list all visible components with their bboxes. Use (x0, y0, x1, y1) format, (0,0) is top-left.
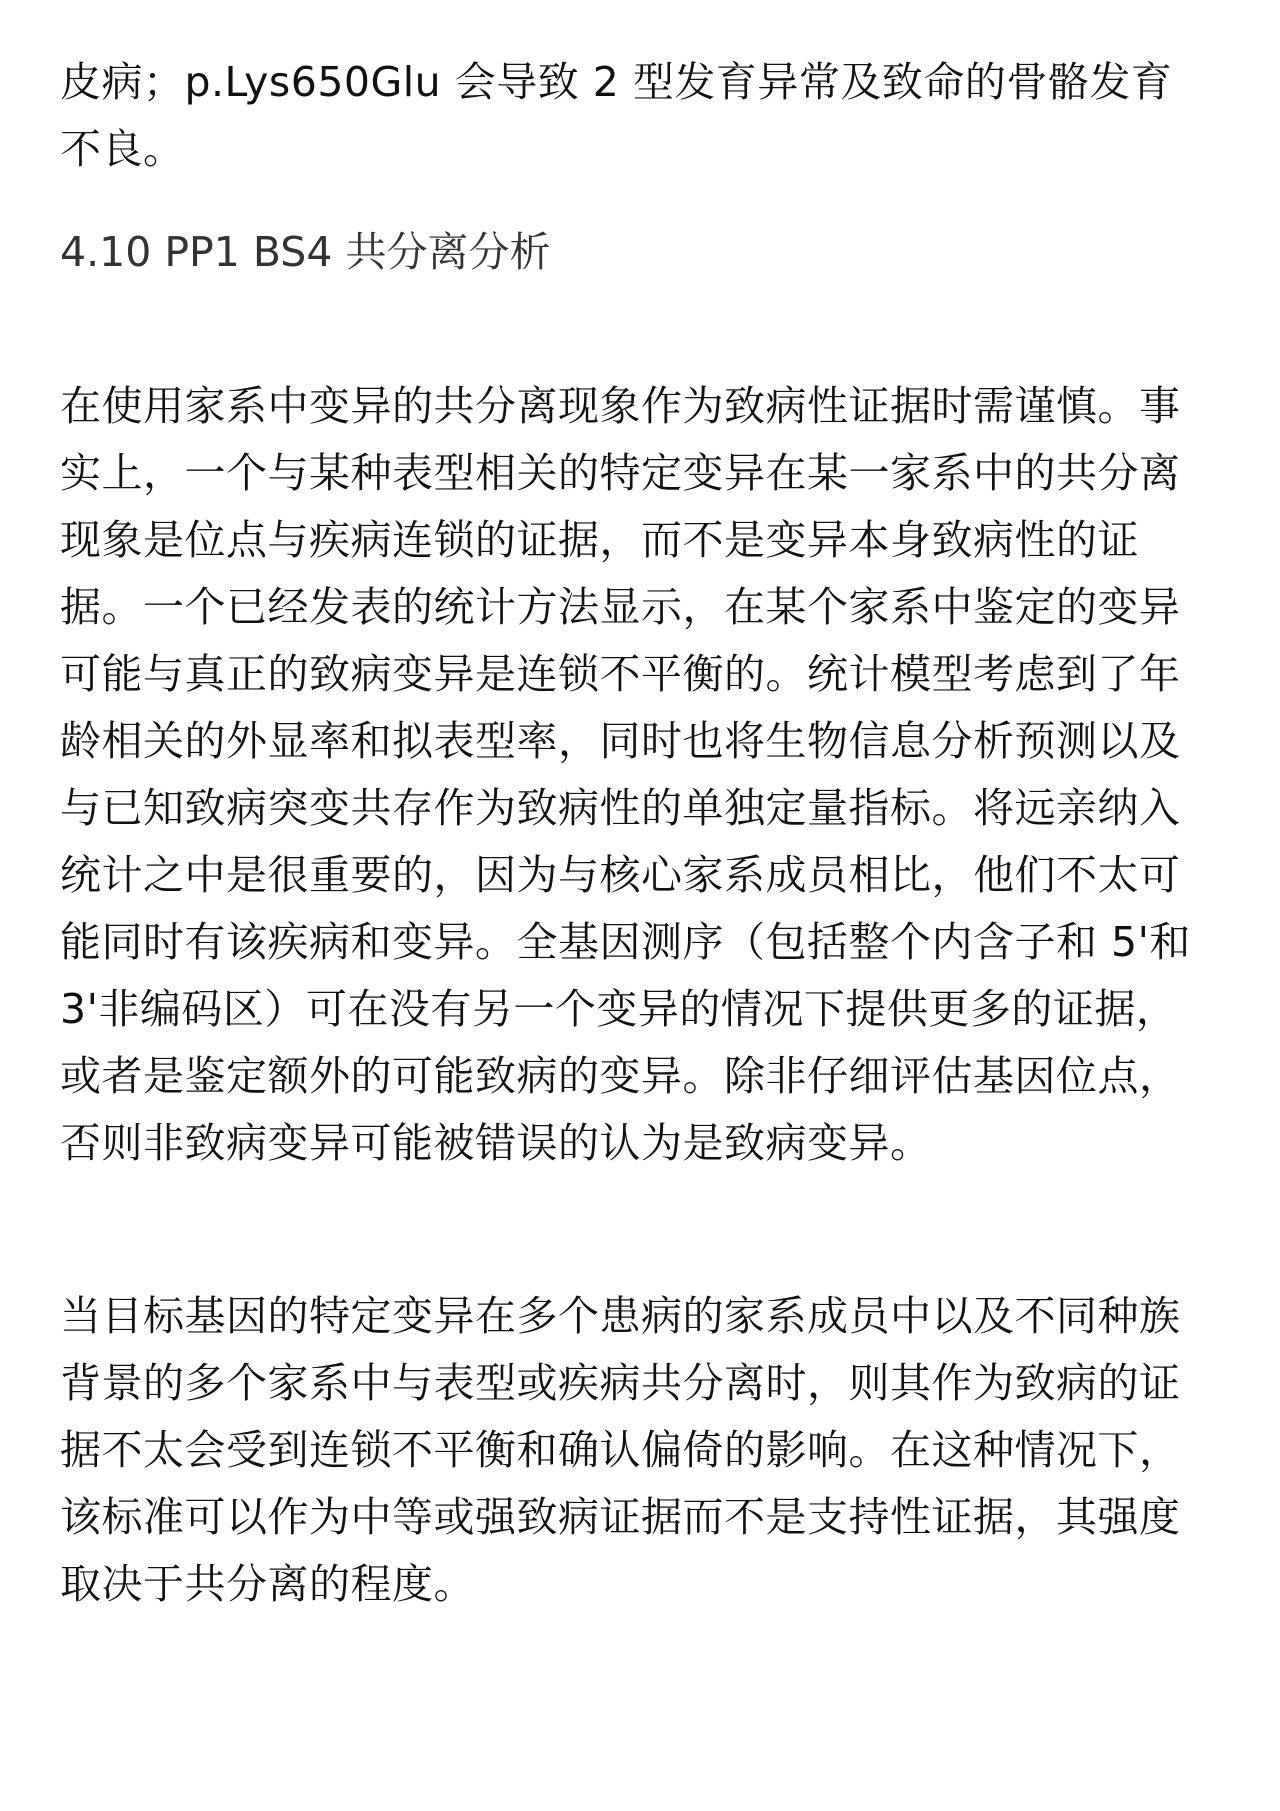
document-page: 皮病；p.Lys650Glu 会导致 2 型发育异常及致命的骨骼发育 不良。 4… (0, 0, 1280, 1811)
body-paragraph-1: 在使用家系中变异的共分离现象作为致病性证据时需谨慎。事 实上，一个与某种表型相关… (60, 373, 1220, 1177)
text-line: 或者是鉴定额外的可能致病的变异。除非仔细评估基因位点， (60, 1043, 1220, 1110)
text-line: 据不太会受到连锁不平衡和确认偏倚的影响。在这种情况下， (60, 1417, 1220, 1484)
text-line: 当目标基因的特定变异在多个患病的家系成员中以及不同种族 (60, 1283, 1220, 1350)
text-line: 不良。 (60, 116, 1220, 183)
body-paragraph-2: 当目标基因的特定变异在多个患病的家系成员中以及不同种族 背景的多个家系中与表型或… (60, 1283, 1220, 1618)
text-line: 统计之中是很重要的，因为与核心家系成员相比，他们不太可 (60, 842, 1220, 909)
text-line: 背景的多个家系中与表型或疾病共分离时，则其作为致病的证 (60, 1350, 1220, 1417)
intro-paragraph: 皮病；p.Lys650Glu 会导致 2 型发育异常及致命的骨骼发育 不良。 (60, 49, 1220, 183)
text-line: 在使用家系中变异的共分离现象作为致病性证据时需谨慎。事 (60, 373, 1220, 440)
text-line: 龄相关的外显率和拟表型率，同时也将生物信息分析预测以及 (60, 708, 1220, 775)
text-line: 3'非编码区）可在没有另一个变异的情况下提供更多的证据， (60, 976, 1220, 1043)
text-line: 能同时有该疾病和变异。全基因测序（包括整个内含子和 5'和 (60, 909, 1220, 976)
text-line: 取决于共分离的程度。 (60, 1551, 1220, 1618)
text-line: 皮病；p.Lys650Glu 会导致 2 型发育异常及致命的骨骼发育 (60, 49, 1220, 116)
section-title: 4.10 PP1 BS4 共分离分析 (60, 219, 1220, 286)
text-line: 否则非致病变异可能被错误的认为是致病变异。 (60, 1110, 1220, 1177)
text-line: 现象是位点与疾病连锁的证据，而不是变异本身致病性的证 (60, 507, 1220, 574)
text-line: 实上，一个与某种表型相关的特定变异在某一家系中的共分离 (60, 440, 1220, 507)
text-line: 与已知致病突变共存作为致病性的单独定量指标。将远亲纳入 (60, 775, 1220, 842)
section-heading: 4.10 PP1 BS4 共分离分析 (60, 219, 1220, 286)
text-line: 可能与真正的致病变异是连锁不平衡的。统计模型考虑到了年 (60, 641, 1220, 708)
text-line: 该标准可以作为中等或强致病证据而不是支持性证据，其强度 (60, 1484, 1220, 1551)
text-line: 据。一个已经发表的统计方法显示，在某个家系中鉴定的变异 (60, 574, 1220, 641)
